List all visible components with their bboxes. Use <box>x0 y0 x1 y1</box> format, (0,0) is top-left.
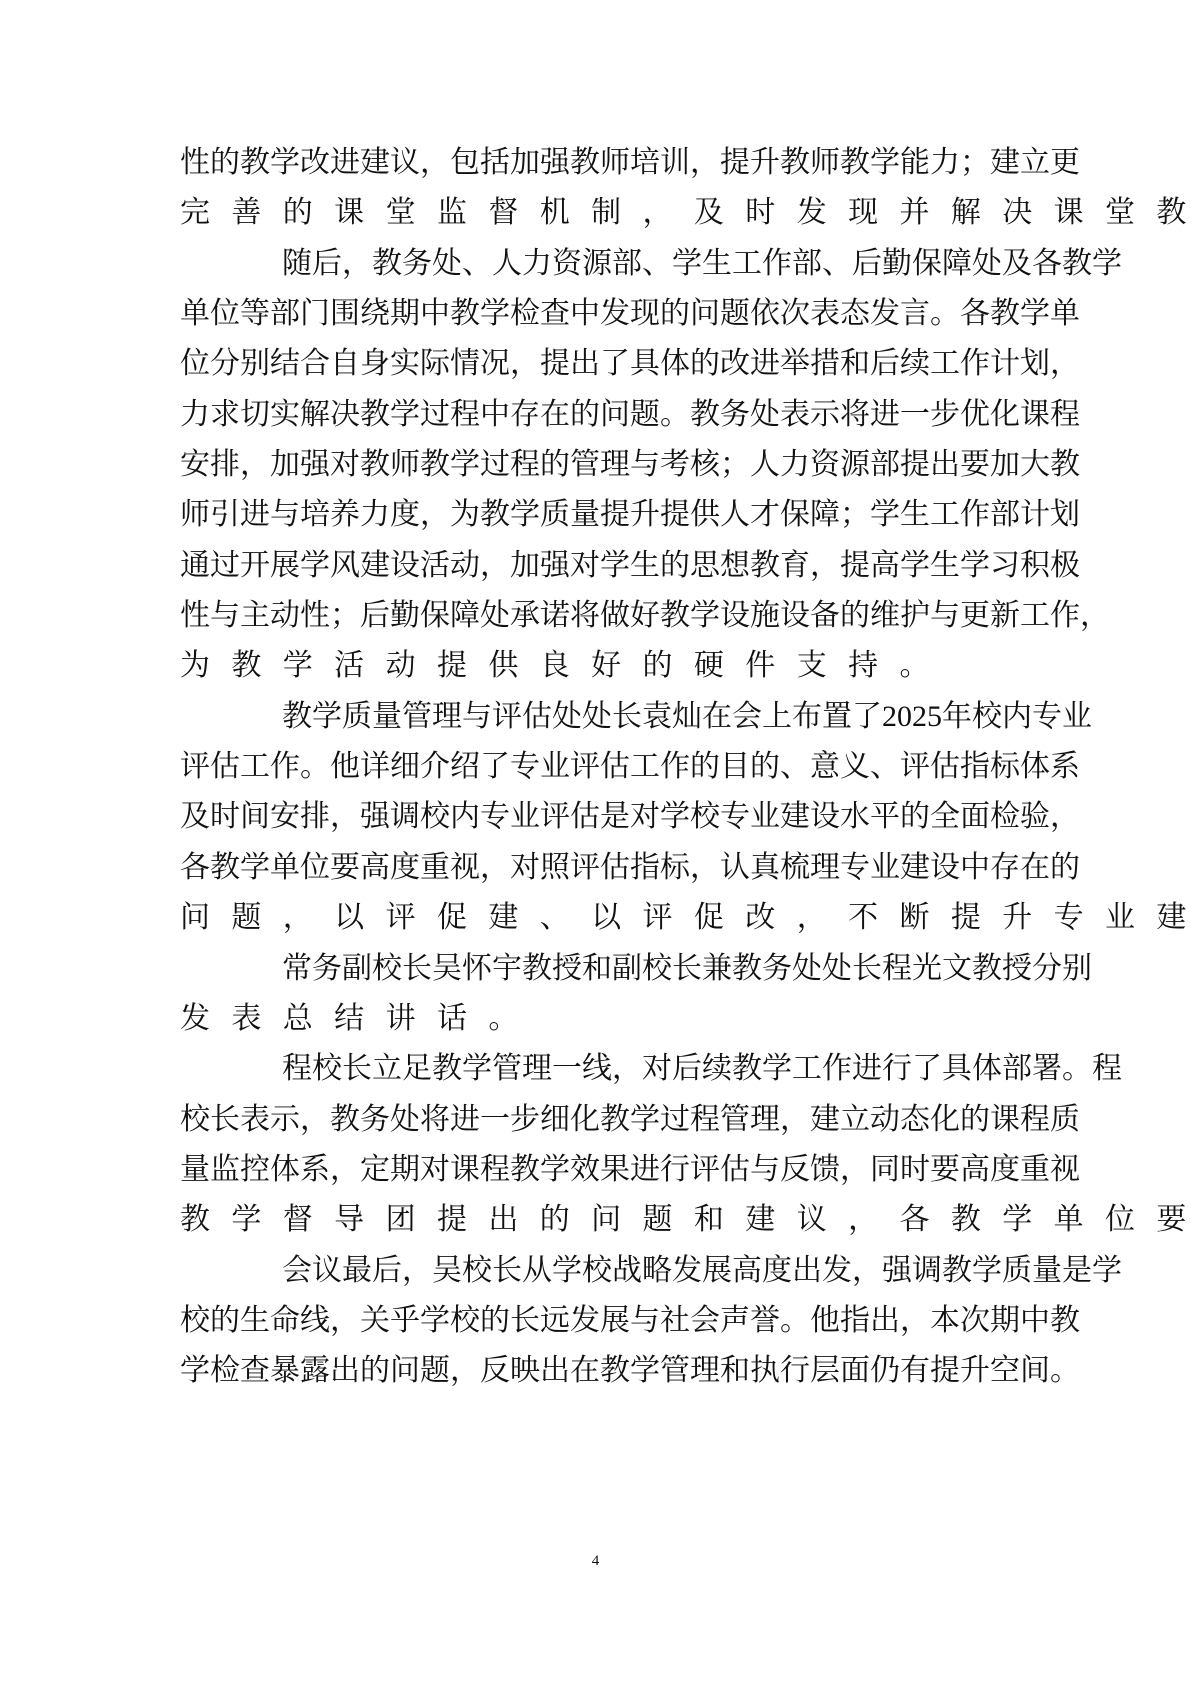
text-line: 程校长立足教学管理一线，对后续教学工作进行了具体部署。程 <box>180 1044 1010 1094</box>
text-line: 力求切实解决教学过程中存在的问题。教务处表示将进一步优化课程 <box>180 390 1010 440</box>
text-line: 问题，以评促建、以评促改，不断提升专业建设质量。 <box>180 893 1010 943</box>
text-line: 完善的课堂监督机制，及时发现并解决课堂教学中出现的问题等。 <box>180 188 1010 238</box>
paragraph-2: 随后，教务处、人力资源部、学生工作部、后勤保障处及各教学 单位等部门围绕期中教学… <box>180 239 1010 692</box>
text-line: 发表总结讲话。 <box>180 994 1010 1044</box>
document-page: 性的教学改进建议，包括加强教师培训，提升教师教学能力；建立更 完善的课堂监督机制… <box>0 0 1191 1684</box>
text-line: 校的生命线，关乎学校的长远发展与社会声誉。他指出，本次期中教 <box>180 1296 1010 1346</box>
text-line: 各教学单位要高度重视，对照评估指标，认真梳理专业建设中存在的 <box>180 843 1010 893</box>
text-line: 师引进与培养力度，为教学质量提升提供人才保障；学生工作部计划 <box>180 490 1010 540</box>
page-number: 4 <box>0 1553 1191 1570</box>
text-line: 随后，教务处、人力资源部、学生工作部、后勤保障处及各教学 <box>180 239 1010 289</box>
text-line: 位分别结合自身实际情况，提出了具体的改进举措和后续工作计划， <box>180 339 1010 389</box>
text-line: 教学督导团提出的问题和建议，各教学单位要组织开展整改活动。 <box>180 1195 1010 1245</box>
paragraph-4: 常务副校长吴怀宇教授和副校长兼教务处处长程光文教授分别 发表总结讲话。 <box>180 944 1010 1045</box>
text-line: 校长表示，教务处将进一步细化教学过程管理，建立动态化的课程质 <box>180 1095 1010 1145</box>
text-line: 教学质量管理与评估处处长袁灿在会上布置了2025年校内专业 <box>180 692 1010 742</box>
text-line: 通过开展学风建设活动，加强对学生的思想教育，提高学生学习积极 <box>180 541 1010 591</box>
text-line: 安排，加强对教师教学过程的管理与考核；人力资源部提出要加大教 <box>180 440 1010 490</box>
document-body: 性的教学改进建议，包括加强教师培训，提升教师教学能力；建立更 完善的课堂监督机制… <box>180 138 1010 1397</box>
text-line: 性与主动性；后勤保障处承诺将做好教学设施设备的维护与更新工作， <box>180 591 1010 641</box>
text-line: 量监控体系，定期对课程教学效果进行评估与反馈，同时要高度重视 <box>180 1145 1010 1195</box>
text-line: 会议最后，吴校长从学校战略发展高度出发，强调教学质量是学 <box>180 1246 1010 1296</box>
paragraph-1: 性的教学改进建议，包括加强教师培训，提升教师教学能力；建立更 完善的课堂监督机制… <box>180 138 1010 239</box>
paragraph-3: 教学质量管理与评估处处长袁灿在会上布置了2025年校内专业 评估工作。他详细介绍… <box>180 692 1010 944</box>
text-line: 评估工作。他详细介绍了专业评估工作的目的、意义、评估指标体系 <box>180 742 1010 792</box>
text-line: 单位等部门围绕期中教学检查中发现的问题依次表态发言。各教学单 <box>180 289 1010 339</box>
text-line: 性的教学改进建议，包括加强教师培训，提升教师教学能力；建立更 <box>180 138 1010 188</box>
text-line: 及时间安排，强调校内专业评估是对学校专业建设水平的全面检验， <box>180 792 1010 842</box>
paragraph-5: 程校长立足教学管理一线，对后续教学工作进行了具体部署。程 校长表示，教务处将进一… <box>180 1044 1010 1245</box>
paragraph-6: 会议最后，吴校长从学校战略发展高度出发，强调教学质量是学 校的生命线，关乎学校的… <box>180 1246 1010 1397</box>
text-line: 为教学活动提供良好的硬件支持。 <box>180 641 1010 691</box>
text-line: 学检查暴露出的问题，反映出在教学管理和执行层面仍有提升空间。 <box>180 1346 1010 1396</box>
text-line: 常务副校长吴怀宇教授和副校长兼教务处处长程光文教授分别 <box>180 944 1010 994</box>
